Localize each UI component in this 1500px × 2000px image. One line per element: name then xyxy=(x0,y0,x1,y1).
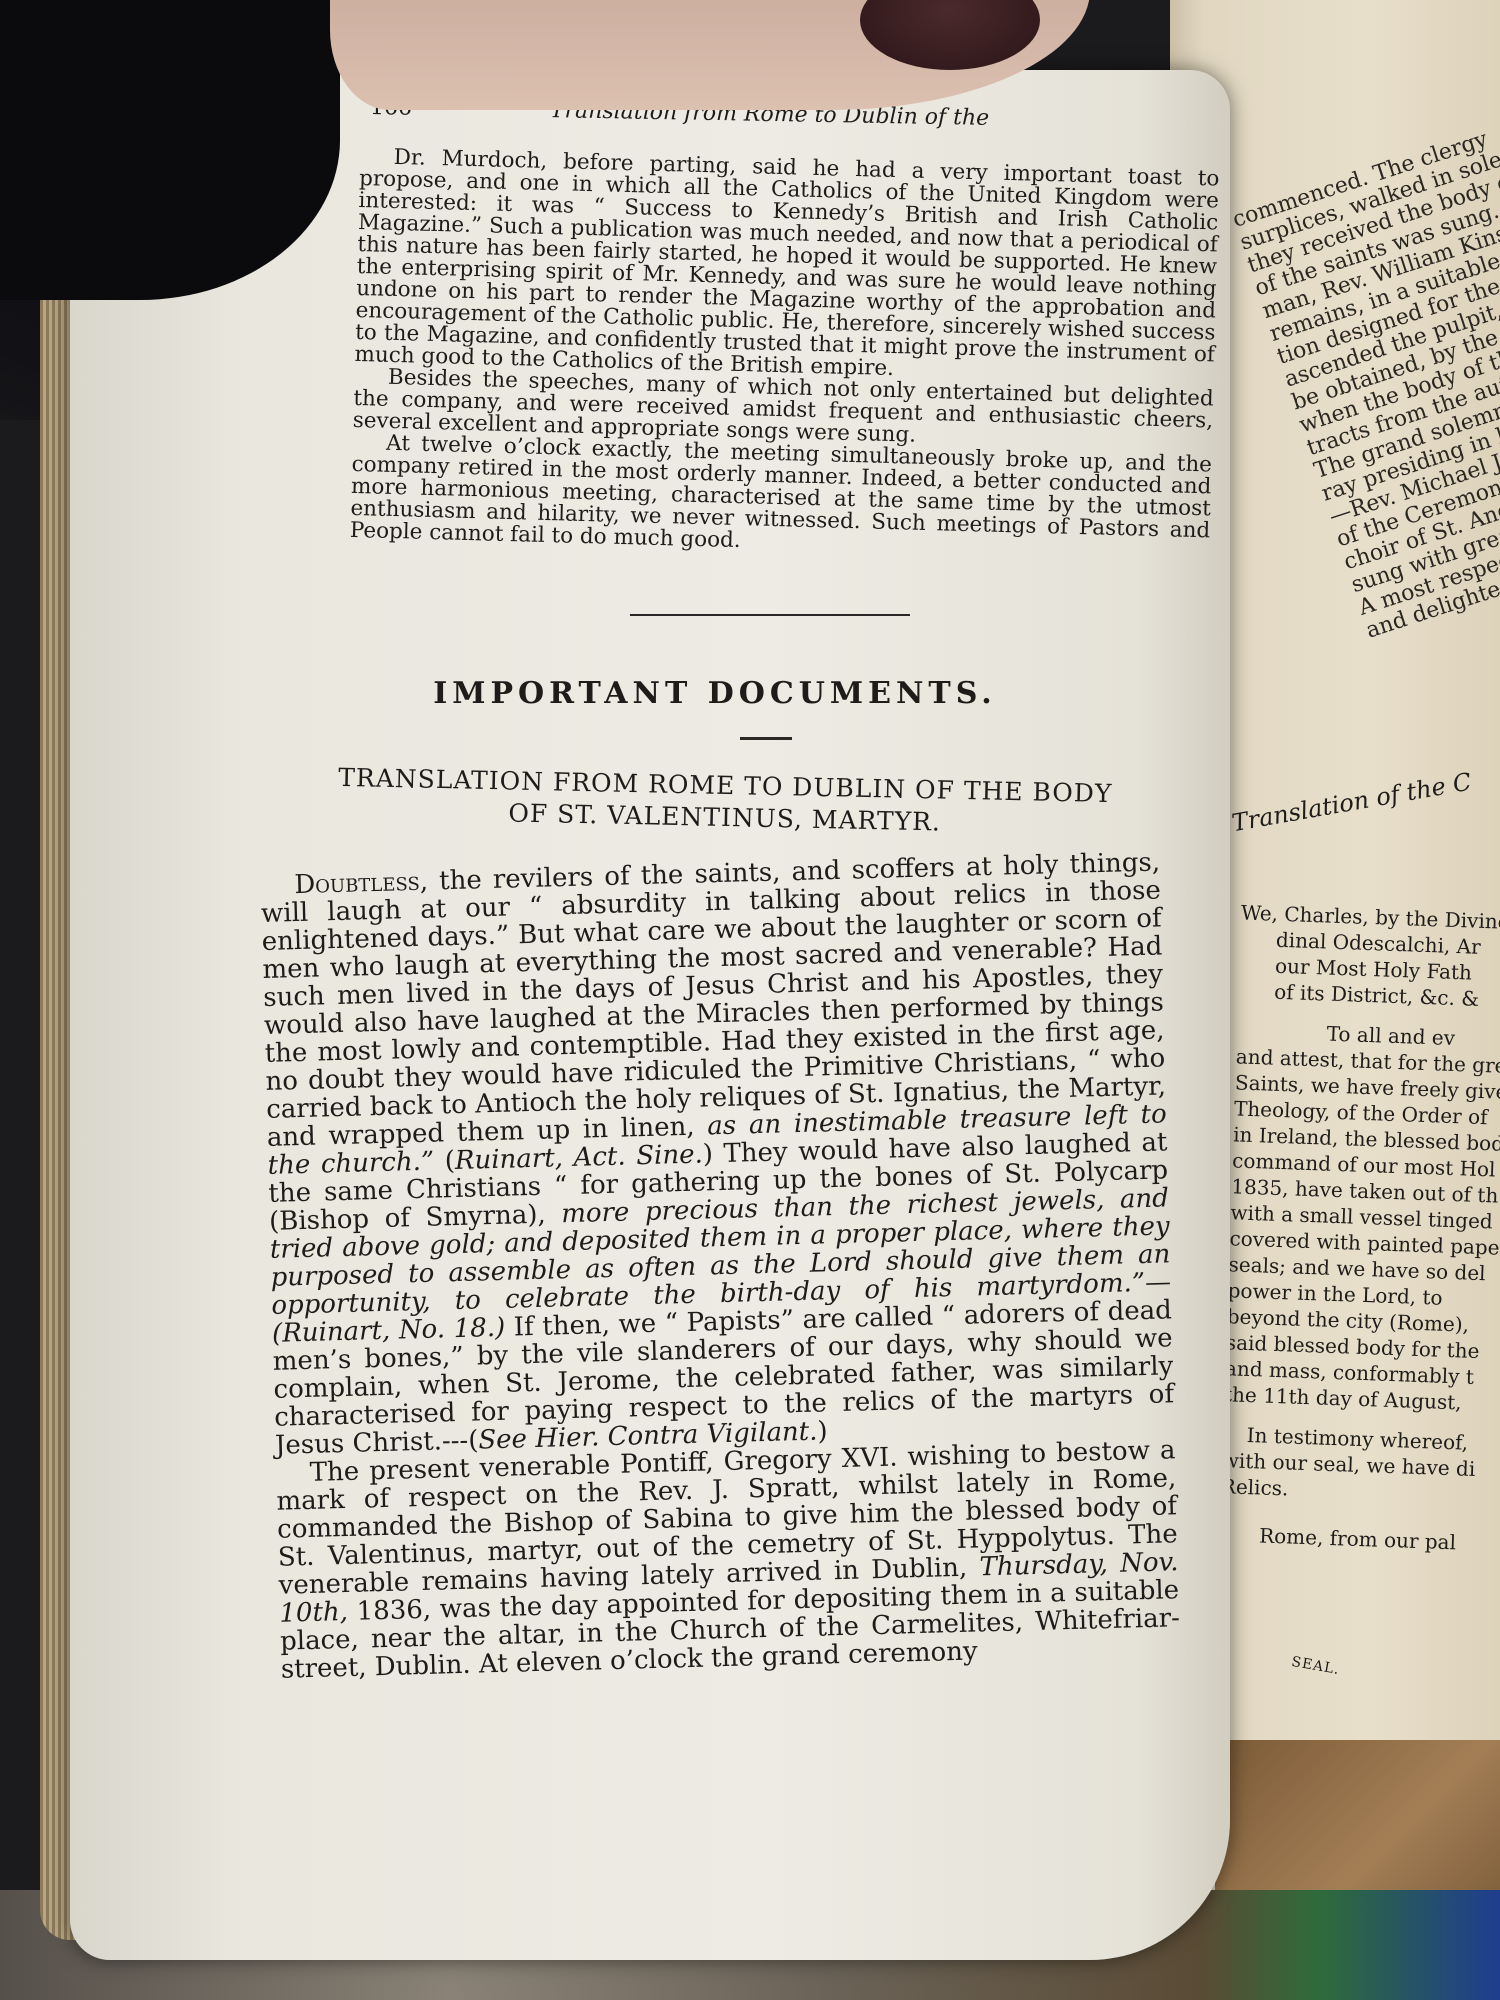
left-page: 166 Translation from Rome to Dublin of t… xyxy=(270,95,1200,1684)
seal-label: SEAL. xyxy=(1290,1654,1500,1706)
article-title: TRANSLATION FROM ROME TO DUBLIN OF THE B… xyxy=(249,760,1200,844)
report-text: Dr. Murdoch, before parting, said he had… xyxy=(350,146,1220,564)
section-divider xyxy=(630,614,910,616)
article-paragraph: The present venerable Pontiff, Gregory X… xyxy=(275,1436,1181,1683)
right-page: commenced. The clergy surplices, walked … xyxy=(1230,40,1500,1920)
article-body: Doubtless, the revilers of the saints, a… xyxy=(260,848,1181,1683)
heading-rule xyxy=(740,737,792,740)
article-paragraph: Doubtless, the revilers of the saints, a… xyxy=(260,848,1175,1459)
right-page-doc-title: Translation of the C xyxy=(1230,763,1500,837)
paragraph: Dr. Murdoch, before parting, said he had… xyxy=(354,146,1219,388)
paragraph: At twelve o’clock exactly, the meeting s… xyxy=(350,432,1213,564)
right-page-report: commenced. The clergy surplices, walked … xyxy=(1230,127,1500,644)
right-page-document: We, Charles, by the Divine dinal Odescal… xyxy=(1230,899,1500,1556)
section-heading: IMPORTANT DOCUMENTS. xyxy=(230,676,1200,711)
